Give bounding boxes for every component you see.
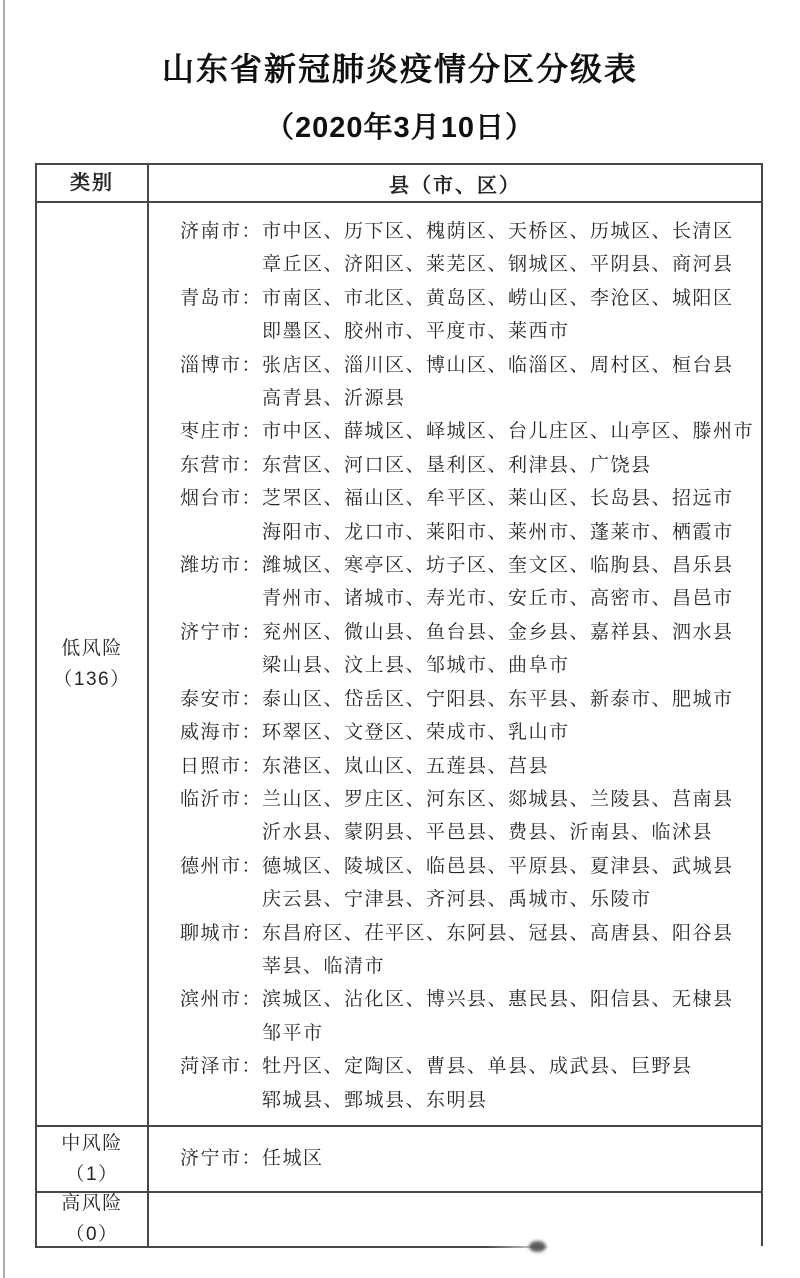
counties-cell: 济宁市：任城区: [149, 1127, 761, 1191]
city-name: 潍坊市：: [180, 549, 262, 616]
city-areas-line: 环翠区、文登区、荣成市、乳山市: [262, 716, 755, 749]
city-areas-line: 郓城县、鄄城县、东明县: [262, 1084, 755, 1117]
city-entry: 日照市：东港区、岚山区、五莲县、莒县: [180, 750, 755, 783]
city-areas-line: 滨城区、沾化区、博兴县、惠民县、阳信县、无棣县: [262, 983, 755, 1016]
city-entry: 淄博市：张店区、淄川区、博山区、临淄区、周村区、桓台县高青县、沂源县: [180, 349, 755, 416]
city-entry: 烟台市：芝罘区、福山区、牟平区、莱山区、长岛县、招远市海阳市、龙口市、莱阳市、莱…: [180, 482, 755, 549]
city-areas-line: 德城区、陵城区、临邑县、平原县、夏津县、武城县: [262, 850, 755, 883]
city-entry: 德州市：德城区、陵城区、临邑县、平原县、夏津县、武城县庆云县、宁津县、齐河县、禹…: [180, 850, 755, 917]
city-name: 临沂市：: [180, 783, 262, 850]
city-entry: 东营市：东营区、河口区、垦利区、利津县、广饶县: [180, 449, 755, 482]
city-areas-line: 邹平市: [262, 1017, 755, 1050]
document-page: 山东省新冠肺炎疫情分区分级表 （2020年3月10日） 类别 县（市、区） 低风…: [0, 0, 800, 146]
city-areas: 张店区、淄川区、博山区、临淄区、周村区、桓台县高青县、沂源县: [262, 349, 755, 416]
city-areas-line: 即墨区、胶州市、平度市、莱西市: [262, 315, 755, 348]
city-areas-line: 东营区、河口区、垦利区、利津县、广饶县: [262, 449, 755, 482]
city-name: 泰安市：: [180, 683, 262, 716]
city-areas: 东昌府区、茌平区、东阿县、冠县、高唐县、阳谷县莘县、临清市: [262, 917, 755, 984]
counties-cell: 济南市：市中区、历下区、槐荫区、天桥区、历城区、长清区章丘区、济阳区、莱芜区、钢…: [149, 203, 761, 1125]
city-name: 济南市：: [180, 215, 262, 282]
city-areas: 环翠区、文登区、荣成市、乳山市: [262, 716, 755, 749]
page-edge-line: [3, 0, 5, 1278]
city-areas-line: 高青县、沂源县: [262, 382, 755, 415]
city-entry: 临沂市：兰山区、罗庄区、河东区、郯城县、兰陵县、莒南县沂水县、蒙阴县、平邑县、费…: [180, 783, 755, 850]
page-subtitle: （2020年3月10日）: [0, 105, 800, 146]
city-areas: 泰山区、岱岳区、宁阳县、东平县、新泰市、肥城市: [262, 683, 755, 716]
city-name: 德州市：: [180, 850, 262, 917]
city-areas-line: 青州市、诸城市、寿光市、安丘市、高密市、昌邑市: [262, 582, 755, 615]
city-areas: 兖州区、微山县、鱼台县、金乡县、嘉祥县、泗水县梁山县、汶上县、邹城市、曲阜市: [262, 616, 755, 683]
city-areas: 东营区、河口区、垦利区、利津县、广饶县: [262, 449, 755, 482]
city-entry: 潍坊市：潍城区、寒亭区、坊子区、奎文区、临朐县、昌乐县青州市、诸城市、寿光市、安…: [180, 549, 755, 616]
city-areas-line: 泰山区、岱岳区、宁阳县、东平县、新泰市、肥城市: [262, 683, 755, 716]
city-areas-line: 章丘区、济阳区、莱芜区、钢城区、平阴县、商河县: [262, 248, 755, 281]
city-areas-line: 莘县、临清市: [262, 950, 755, 983]
city-entry: 滨州市：滨城区、沾化区、博兴县、惠民县、阳信县、无棣县邹平市: [180, 983, 755, 1050]
city-name: 淄博市：: [180, 349, 262, 416]
page-title: 山东省新冠肺炎疫情分区分级表: [0, 0, 800, 90]
table-header-row: 类别 县（市、区）: [37, 165, 761, 203]
city-entry: 枣庄市：市中区、薛城区、峄城区、台儿庄区、山亭区、滕州市: [180, 415, 755, 448]
city-name: 青岛市：: [180, 282, 262, 349]
city-areas-line: 庆云县、宁津县、齐河县、禹城市、乐陵市: [262, 883, 755, 916]
city-areas-line: 沂水县、蒙阴县、平邑县、费县、沂南县、临沭县: [262, 816, 755, 849]
category-label: 高风险: [61, 1188, 123, 1219]
city-name: 济宁市：: [180, 1142, 262, 1175]
risk-row: 低风险（136）济南市：市中区、历下区、槐荫区、天桥区、历城区、长清区章丘区、济…: [37, 203, 761, 1127]
city-areas: 任城区: [262, 1142, 761, 1175]
city-areas-line: 市中区、薛城区、峄城区、台儿庄区、山亭区、滕州市: [262, 415, 755, 448]
city-name: 滨州市：: [180, 983, 262, 1050]
risk-row: 中风险（1）济宁市：任城区: [37, 1127, 761, 1193]
city-areas-line: 芝罘区、福山区、牟平区、莱山区、长岛县、招远市: [262, 482, 755, 515]
category-label: 中风险: [61, 1128, 123, 1159]
city-areas: 德城区、陵城区、临邑县、平原县、夏津县、武城县庆云县、宁津县、齐河县、禹城市、乐…: [262, 850, 755, 917]
city-areas-line: 梁山县、汶上县、邹城市、曲阜市: [262, 649, 755, 682]
city-areas-line: 潍城区、寒亭区、坊子区、奎文区、临朐县、昌乐县: [262, 549, 755, 582]
city-areas-line: 市南区、市北区、黄岛区、崂山区、李沧区、城阳区: [262, 282, 755, 315]
header-cell-category: 类别: [37, 165, 149, 201]
city-areas: 市南区、市北区、黄岛区、崂山区、李沧区、城阳区即墨区、胶州市、平度市、莱西市: [262, 282, 755, 349]
city-name: 东营市：: [180, 449, 262, 482]
city-areas-line: 张店区、淄川区、博山区、临淄区、周村区、桓台县: [262, 349, 755, 382]
city-name: 济宁市：: [180, 616, 262, 683]
category-count: （136）: [53, 664, 130, 695]
city-areas-line: 市中区、历下区、槐荫区、天桥区、历城区、长清区: [262, 215, 755, 248]
city-areas: 芝罘区、福山区、牟平区、莱山区、长岛县、招远市海阳市、龙口市、莱阳市、莱州市、蓬…: [262, 482, 755, 549]
city-areas-line: 牡丹区、定陶区、曹县、单县、成武县、巨野县: [262, 1050, 755, 1083]
city-entry: 威海市：环翠区、文登区、荣成市、乳山市: [180, 716, 755, 749]
city-areas: 东港区、岚山区、五莲县、莒县: [262, 750, 755, 783]
city-areas-line: 东昌府区、茌平区、东阿县、冠县、高唐县、阳谷县: [262, 917, 755, 950]
city-areas: 兰山区、罗庄区、河东区、郯城县、兰陵县、莒南县沂水县、蒙阴县、平邑县、费县、沂南…: [262, 783, 755, 850]
city-entry: 济宁市：兖州区、微山县、鱼台县、金乡县、嘉祥县、泗水县梁山县、汶上县、邹城市、曲…: [180, 616, 755, 683]
city-entry: 泰安市：泰山区、岱岳区、宁阳县、东平县、新泰市、肥城市: [180, 683, 755, 716]
category-label: 低风险: [61, 633, 123, 664]
ink-smudge: [529, 1241, 546, 1252]
table-bottom-border-fade: [35, 1246, 763, 1248]
city-name: 烟台市：: [180, 482, 262, 549]
city-areas-line: 兰山区、罗庄区、河东区、郯城县、兰陵县、莒南县: [262, 783, 755, 816]
category-cell: 中风险（1）: [37, 1127, 149, 1191]
city-entry: 济宁市：任城区: [180, 1142, 761, 1175]
city-name: 菏泽市：: [180, 1050, 262, 1117]
city-areas: 市中区、薛城区、峄城区、台儿庄区、山亭区、滕州市: [262, 415, 755, 448]
city-areas: 牡丹区、定陶区、曹县、单县、成武县、巨野县郓城县、鄄城县、东明县: [262, 1050, 755, 1117]
city-areas: 潍城区、寒亭区、坊子区、奎文区、临朐县、昌乐县青州市、诸城市、寿光市、安丘市、高…: [262, 549, 755, 616]
city-name: 日照市：: [180, 750, 262, 783]
counties-cell: [149, 1193, 761, 1246]
city-name: 枣庄市：: [180, 415, 262, 448]
city-entry: 聊城市：东昌府区、茌平区、东阿县、冠县、高唐县、阳谷县莘县、临清市: [180, 917, 755, 984]
city-areas: 滨城区、沾化区、博兴县、惠民县、阳信县、无棣县邹平市: [262, 983, 755, 1050]
city-areas-line: 任城区: [262, 1142, 761, 1175]
city-entry: 菏泽市：牡丹区、定陶区、曹县、单县、成武县、巨野县郓城县、鄄城县、东明县: [180, 1050, 755, 1117]
city-areas-line: 兖州区、微山县、鱼台县、金乡县、嘉祥县、泗水县: [262, 616, 755, 649]
risk-row: 高风险（0）: [37, 1193, 761, 1246]
risk-table: 类别 县（市、区） 低风险（136）济南市：市中区、历下区、槐荫区、天桥区、历城…: [35, 163, 763, 1246]
header-cell-counties: 县（市、区）: [149, 165, 761, 201]
category-cell: 高风险（0）: [37, 1193, 149, 1246]
category-count: （1）: [65, 1159, 118, 1190]
city-entry: 济南市：市中区、历下区、槐荫区、天桥区、历城区、长清区章丘区、济阳区、莱芜区、钢…: [180, 215, 755, 282]
city-name: 威海市：: [180, 716, 262, 749]
city-areas: 市中区、历下区、槐荫区、天桥区、历城区、长清区章丘区、济阳区、莱芜区、钢城区、平…: [262, 215, 755, 282]
city-entry: 青岛市：市南区、市北区、黄岛区、崂山区、李沧区、城阳区即墨区、胶州市、平度市、莱…: [180, 282, 755, 349]
city-name: 聊城市：: [180, 917, 262, 984]
table-body: 低风险（136）济南市：市中区、历下区、槐荫区、天桥区、历城区、长清区章丘区、济…: [37, 203, 761, 1246]
city-areas-line: 东港区、岚山区、五莲县、莒县: [262, 750, 755, 783]
category-cell: 低风险（136）: [37, 203, 149, 1125]
city-areas-line: 海阳市、龙口市、莱阳市、莱州市、蓬莱市、栖霞市: [262, 516, 755, 549]
